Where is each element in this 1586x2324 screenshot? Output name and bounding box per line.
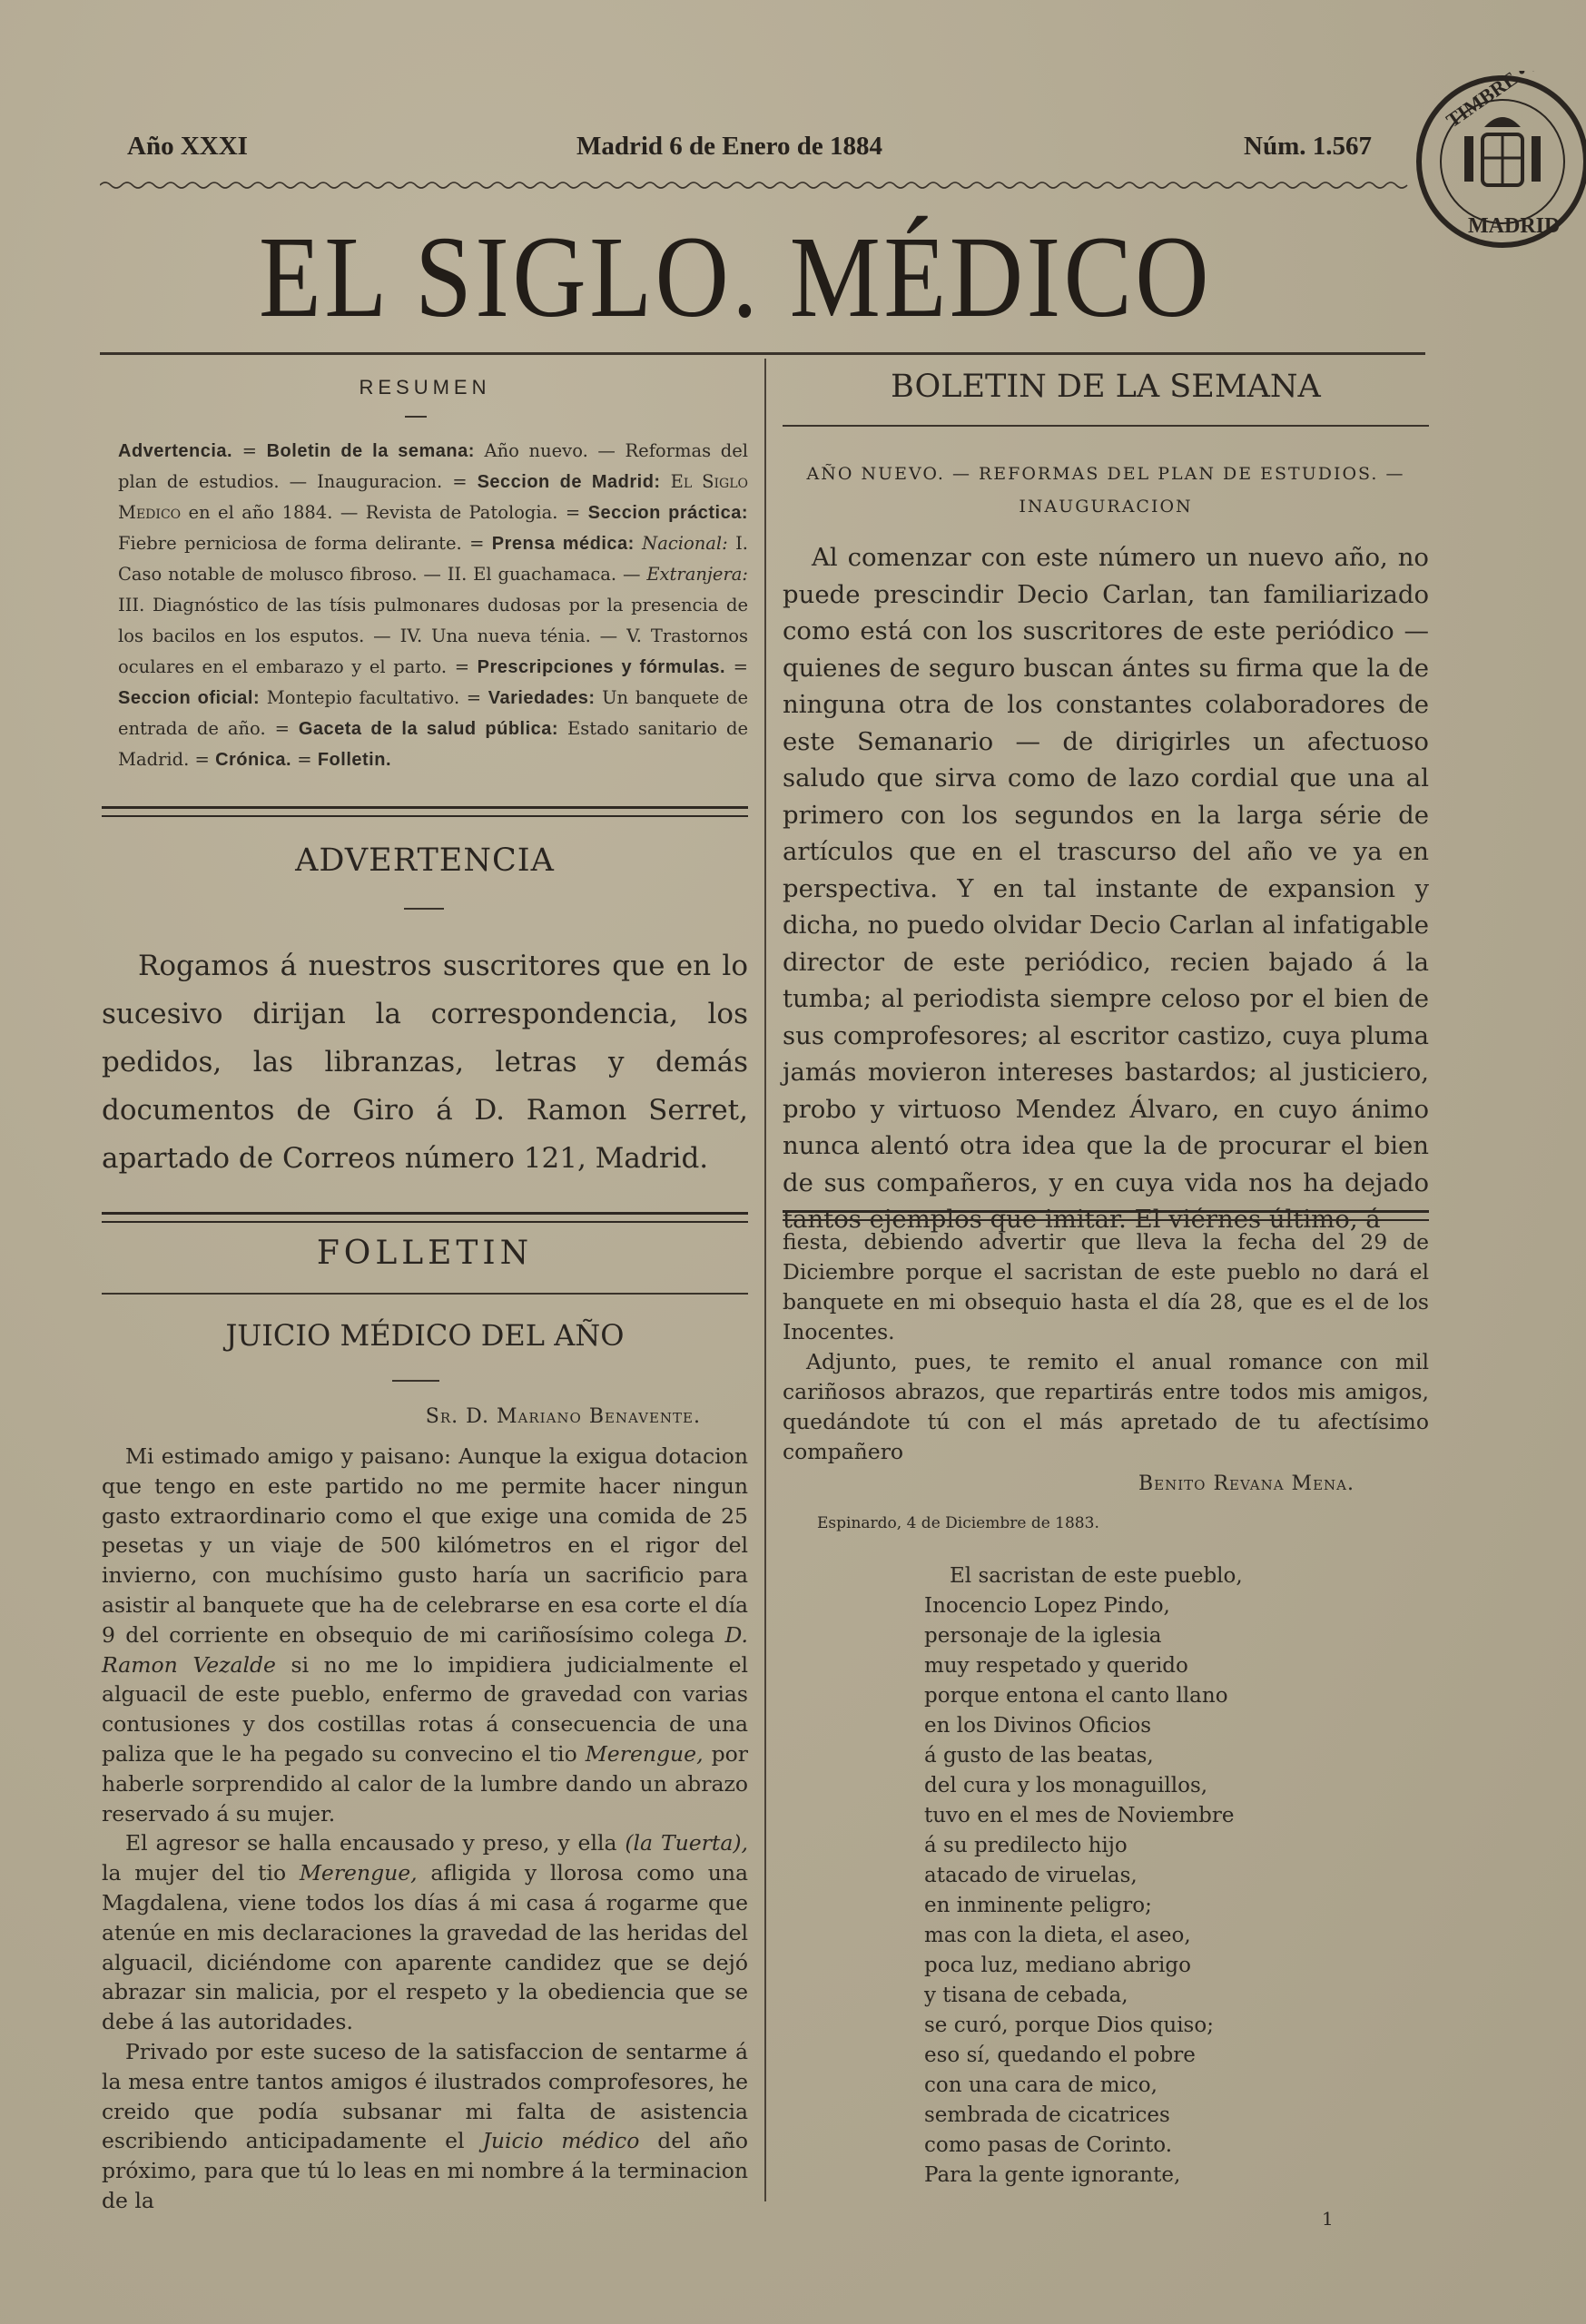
double-rule — [783, 1210, 1429, 1221]
resumen-heading: Seccion práctica: — [588, 503, 748, 523]
issue-year: Año XXXI — [127, 132, 248, 162]
resumen-text: Fiebre perniciosa de forma delirante. — [118, 533, 469, 554]
italic-name: Merengue, — [586, 1741, 704, 1767]
poem-line: muy respetado y querido — [924, 1651, 1243, 1681]
letter-paragraph: El agresor se halla encausado y preso, y… — [102, 1828, 748, 2037]
resumen-text: en el año 1884. — Revista de Patologia. — [181, 502, 566, 523]
resumen-heading: Prensa médica: — [492, 534, 635, 554]
resumen-separator: = — [291, 749, 318, 770]
boletin-title: BOLETIN DE LA SEMANA — [783, 369, 1429, 405]
issue-number: Núm. 1.567 — [1244, 132, 1372, 162]
poem-line: eso sí, quedando el pobre — [924, 2041, 1243, 2071]
resumen-separator: = — [195, 749, 216, 770]
letter-paragraph: Mi estimado amigo y paisano: Aunque la e… — [102, 1442, 748, 1828]
poem-line: personaje de la iglesia — [924, 1621, 1243, 1651]
poem-line: y tisana de cebada, — [924, 1981, 1243, 2011]
dedication: Sr. D. Mariano Benavente. — [102, 1405, 701, 1428]
poem-line: sembrada de cicatrices — [924, 2101, 1243, 2131]
poem-line: porque entona el canto llano — [924, 1681, 1243, 1711]
advertencia-title: ADVERTENCIA — [102, 842, 748, 879]
resumen-heading: Crónica. — [215, 750, 291, 770]
italic-name: D. Ramon Vezalde — [102, 1622, 748, 1678]
poem-line: con una cara de mico, — [924, 2071, 1243, 2101]
resumen-title: RESUMEN — [102, 376, 748, 399]
poem-line: atacado de viruelas, — [924, 1861, 1243, 1891]
svg-text:MADRID: MADRID — [1468, 214, 1560, 238]
continuation-paragraph: fiesta, debiendo advertir que lleva la f… — [783, 1227, 1429, 1347]
masthead-rule — [100, 352, 1425, 355]
poem-line: mas con la dieta, el aseo, — [924, 1921, 1243, 1951]
masthead-title: EL SIGLO. MÉDICO — [259, 211, 1212, 344]
poem-line: en los Divinos Oficios — [924, 1711, 1243, 1741]
poem-line: del cura y los monaguillos, — [924, 1771, 1243, 1801]
double-rule — [102, 1212, 748, 1223]
article-title: JUICIO MÉDICO DEL AÑO — [102, 1318, 748, 1353]
advertencia-body: Rogamos á nuestros suscritores que en lo… — [102, 942, 748, 1183]
italic-name: Juicio médico — [482, 2128, 639, 2153]
newspaper-page: Año XXXI Madrid 6 de Enero de 1884 Núm. … — [0, 0, 1586, 2324]
resumen-heading: Prescripciones y fórmulas. — [478, 657, 725, 677]
poem-line: se curó, porque Dios quiso; — [924, 2011, 1243, 2041]
boletin-body: Al comenzar con este número un nuevo año… — [783, 539, 1429, 1238]
poem-line: en inminente peligro; — [924, 1891, 1243, 1921]
poem-line: Para la gente ignorante, — [924, 2161, 1243, 2191]
resumen-text: Montepio facultativo. — [260, 687, 467, 708]
resumen-separator: = — [467, 687, 488, 708]
resumen-heading: Boletin de la semana: — [267, 441, 475, 461]
poem-line: á su predilecto hijo — [924, 1831, 1243, 1861]
signature: Benito Revana Mena. — [783, 1472, 1355, 1495]
italic-name: Merengue, — [300, 1860, 418, 1886]
resumen-subheading: Nacional: — [635, 533, 728, 554]
poem-line: á gusto de las beatas, — [924, 1741, 1243, 1771]
resumen-subheading: Extranjera: — [646, 564, 748, 585]
resumen-heading: Seccion de Madrid: — [478, 472, 661, 492]
resumen-heading: Seccion oficial: — [118, 688, 260, 708]
divider-dash — [405, 416, 427, 418]
resumen-separator: = — [452, 471, 477, 492]
resumen-separator: = — [469, 533, 492, 554]
divider-dash — [404, 908, 444, 910]
poem-line: El sacristan de este pueblo, — [924, 1561, 1243, 1591]
letter-body: Mi estimado amigo y paisano: Aunque la e… — [102, 1442, 748, 2216]
resumen-separator: = — [566, 502, 588, 523]
issue-date: Madrid 6 de Enero de 1884 — [576, 132, 882, 162]
letter-paragraph: Privado por este suceso de la satisfacci… — [102, 2037, 748, 2216]
boletin-subtitle: AÑO NUEVO. — REFORMAS DEL PLAN DE ESTUDI… — [783, 458, 1429, 523]
italic-name: (la Tuerta), — [625, 1830, 748, 1856]
resumen-separator: = — [455, 656, 478, 677]
poem: El sacristan de este pueblo,Inocencio Lo… — [924, 1561, 1243, 2191]
coat-of-arms-icon — [1464, 117, 1541, 185]
boletin-rule — [783, 425, 1429, 427]
resumen-contents: Advertencia. = Boletin de la semana: Año… — [118, 436, 748, 775]
tax-stamp: TIMBRE • 3 PETAS MADRID — [1412, 71, 1586, 252]
poem-line: Inocencio Lopez Pindo, — [924, 1591, 1243, 1621]
resumen-separator: = — [275, 718, 299, 739]
resumen-separator: = — [232, 440, 267, 461]
folletin-rule — [102, 1293, 748, 1295]
continuation-paragraph: Adjunto, pues, te remito el anual romanc… — [783, 1347, 1429, 1467]
poem-line: como pasas de Corinto. — [924, 2131, 1243, 2161]
resumen-heading: Advertencia. — [118, 441, 232, 461]
divider-dash — [392, 1380, 439, 1382]
wavy-rule — [100, 178, 1416, 192]
folletin-title: FOLLETIN — [102, 1235, 748, 1272]
resumen-separator: = — [725, 656, 748, 677]
place-date: Espinardo, 4 de Diciembre de 1883. — [817, 1514, 1099, 1532]
resumen-heading: Variedades: — [488, 688, 596, 708]
poem-line: tuvo en el mes de Noviembre — [924, 1801, 1243, 1831]
resumen-heading: Folletin. — [318, 750, 391, 770]
resumen-heading: Gaceta de la salud pública: — [299, 719, 558, 739]
page-number: 1 — [1322, 2208, 1334, 2230]
poem-line: poca luz, mediano abrigo — [924, 1951, 1243, 1981]
double-rule — [102, 806, 748, 817]
column-divider — [764, 359, 766, 2201]
folletin-continuation: fiesta, debiendo advertir que lleva la f… — [783, 1227, 1429, 1467]
